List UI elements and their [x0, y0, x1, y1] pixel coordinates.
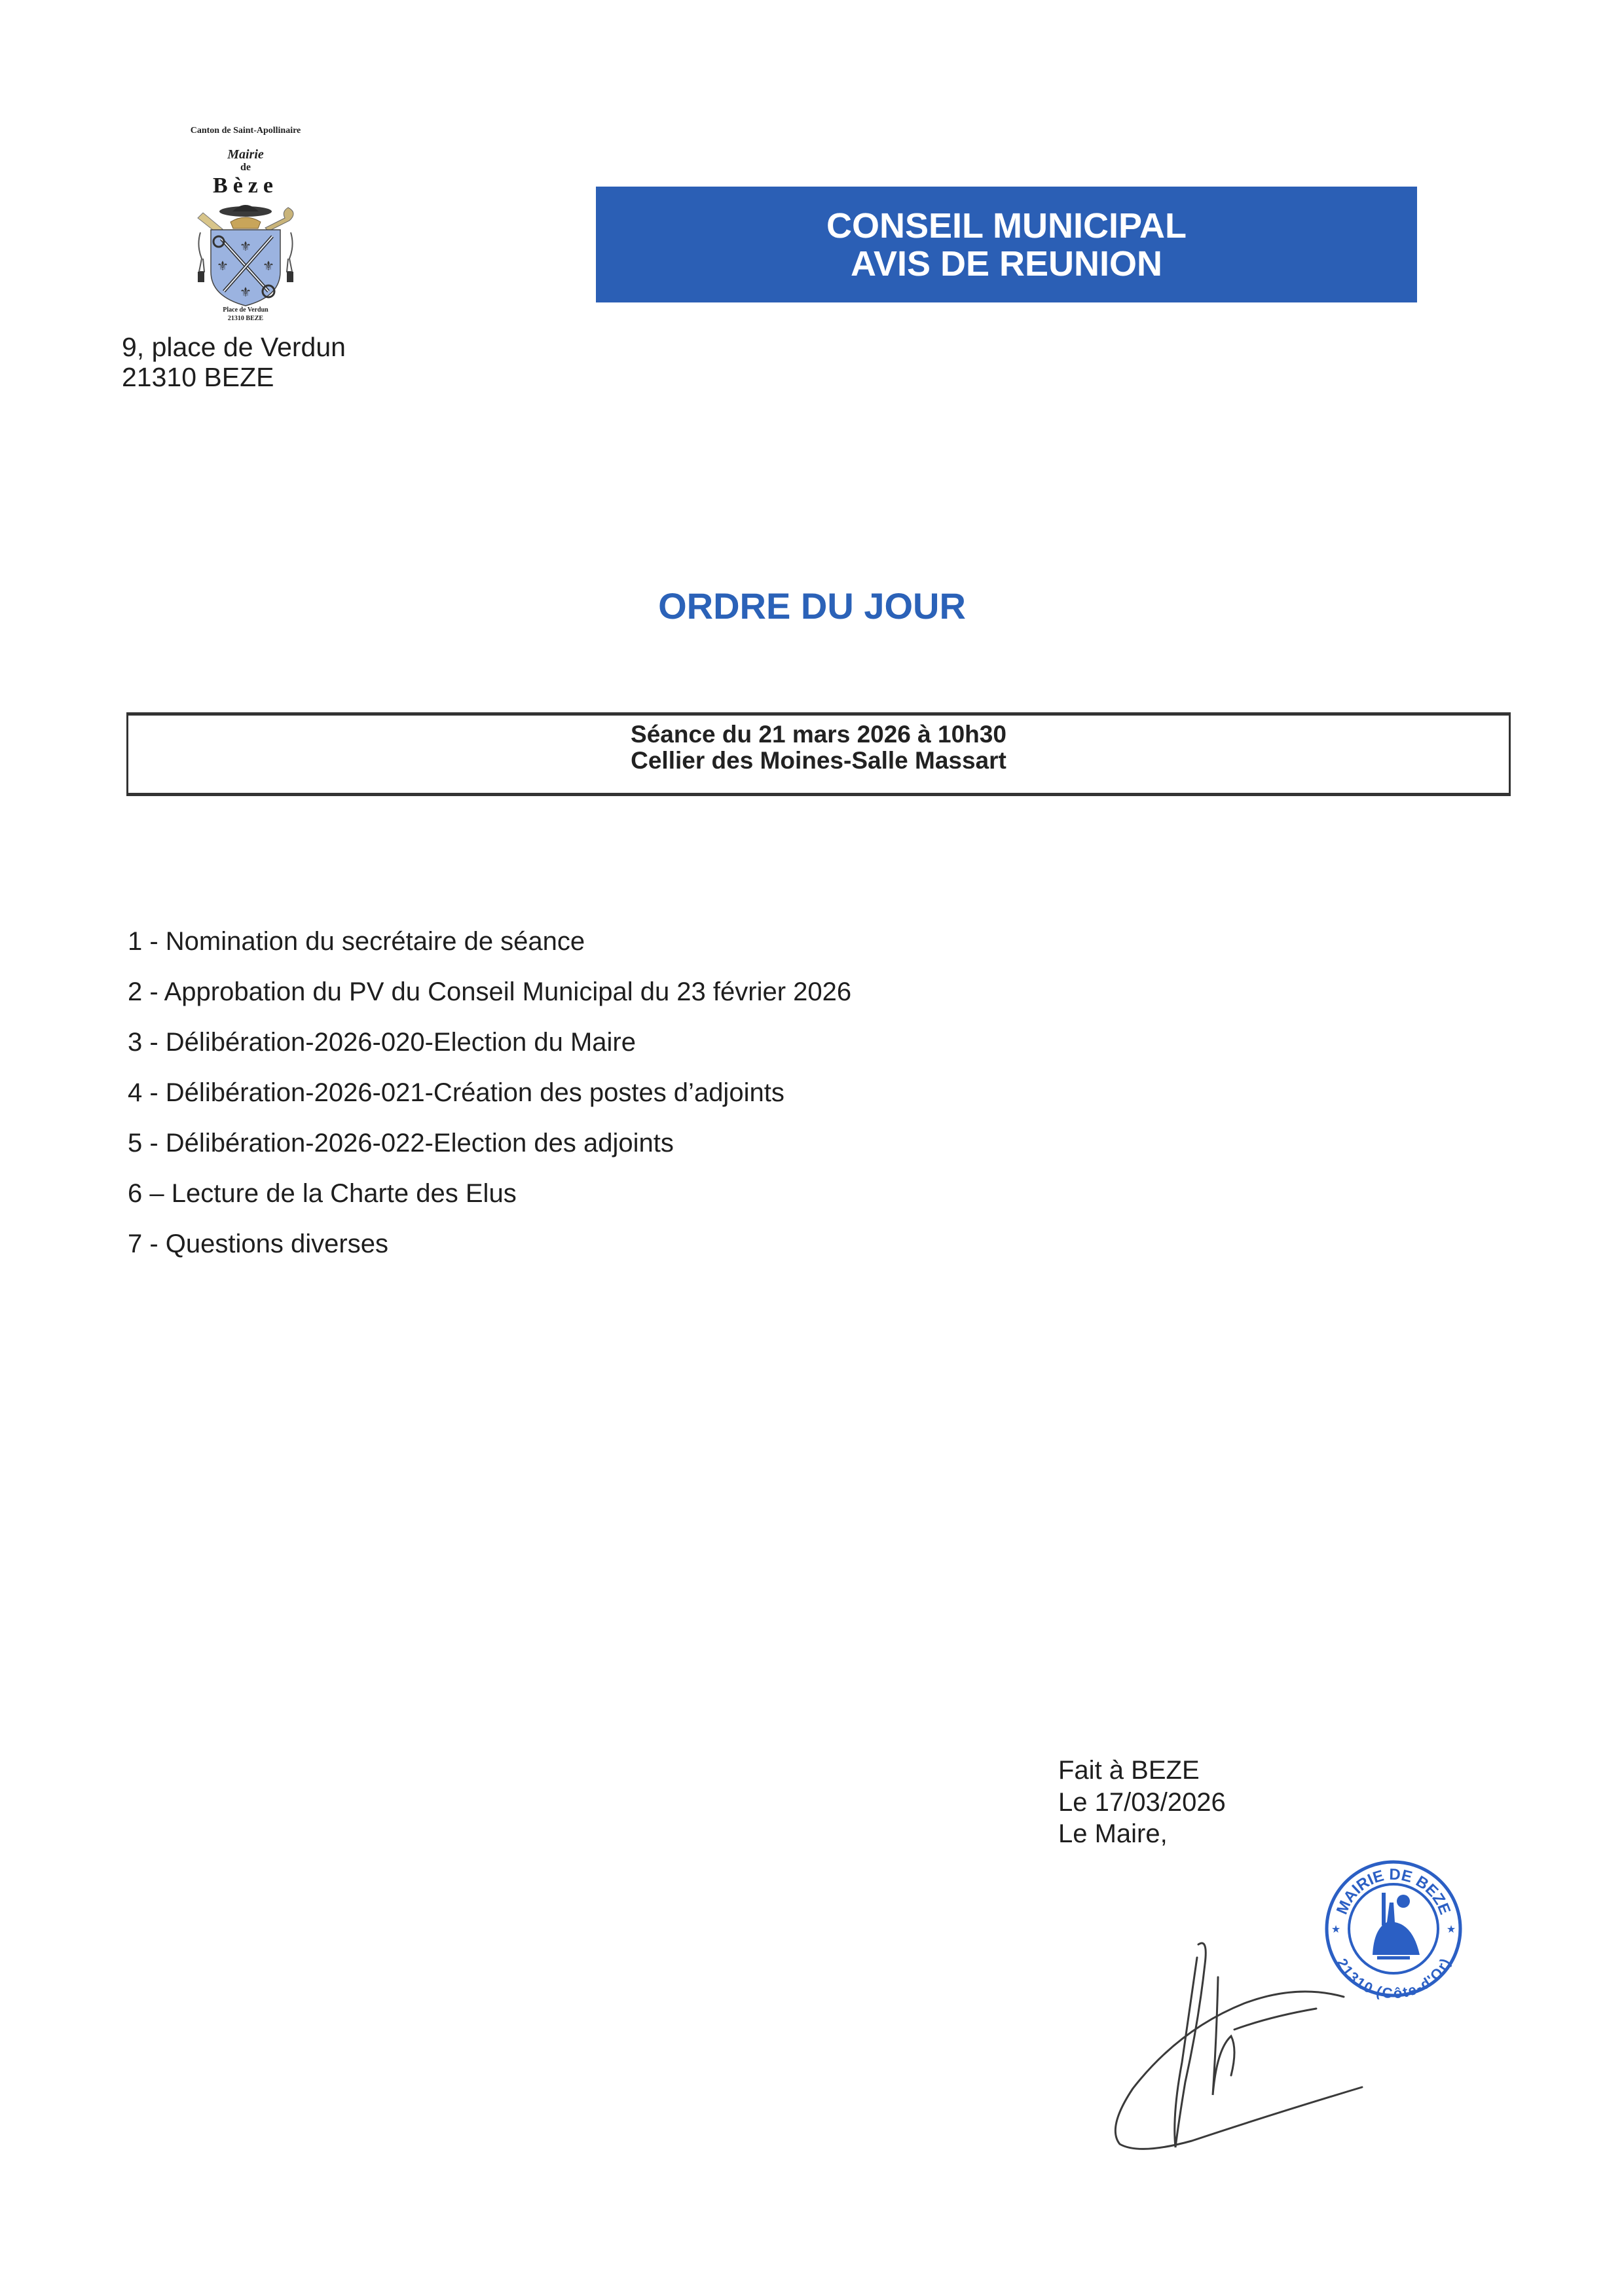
svg-text:⚜: ⚜ [263, 259, 274, 274]
canton-label: Canton de Saint-Apollinaire [151, 126, 341, 136]
agenda-item: 2 - Approbation du PV du Conseil Municip… [128, 967, 851, 1017]
notice-header-banner: CONSEIL MUNICIPAL AVIS DE REUNION [596, 187, 1417, 302]
session-info-box: Séance du 21 mars 2026 à 10h30 Cellier d… [126, 712, 1511, 796]
address-line-1: 9, place de Verdun [122, 332, 346, 362]
mairie-label: Mairie [151, 147, 341, 162]
letterhead-postal: 21310 BEZE [151, 315, 341, 322]
agenda-item: 7 - Questions diverses [128, 1219, 851, 1269]
agenda-list: 1 - Nomination du secrétaire de séance 2… [128, 917, 851, 1269]
agenda-item: 5 - Délibération-2026-022-Election des a… [128, 1118, 851, 1169]
mairie-address: 9, place de Verdun 21310 BEZE [122, 332, 346, 392]
signoff-signatory: Le Maire, [1058, 1818, 1226, 1850]
de-label: de [151, 162, 341, 173]
svg-text:21310 (Côte-d'Or): 21310 (Côte-d'Or) [1334, 1956, 1454, 2001]
official-stamp-icon: MAIRIE DE BEZE 21310 (Côte-d'Or) ★ ★ [1321, 1857, 1466, 2001]
letterhead-place: Place de Verdun [151, 306, 341, 314]
svg-text:★: ★ [1447, 1924, 1456, 1935]
agenda-item: 6 – Lecture de la Charte des Elus [128, 1169, 851, 1219]
session-date: Séance du 21 mars 2026 à 10h30 [128, 721, 1509, 748]
agenda-item: 1 - Nomination du secrétaire de séance [128, 917, 851, 967]
agenda-item: 4 - Délibération-2026-021-Création des p… [128, 1068, 851, 1118]
coat-of-arms-icon: ⚜ ⚜ ⚜ ⚜ [190, 200, 301, 308]
commune-label: Bèze [151, 173, 341, 198]
address-line-2: 21310 BEZE [122, 362, 346, 392]
header-title-line-1: CONSEIL MUNICIPAL [826, 207, 1187, 245]
svg-text:⚜: ⚜ [240, 285, 251, 300]
svg-text:★: ★ [1331, 1924, 1340, 1935]
signoff-date: Le 17/03/2026 [1058, 1787, 1226, 1819]
signoff-place: Fait à BEZE [1058, 1755, 1226, 1787]
agenda-heading: ORDRE DU JOUR [0, 585, 1624, 627]
agenda-item: 3 - Délibération-2026-020-Election du Ma… [128, 1017, 851, 1068]
header-title-line-2: AVIS DE REUNION [851, 245, 1162, 283]
svg-text:⚜: ⚜ [217, 259, 229, 274]
session-location: Cellier des Moines-Salle Massart [128, 747, 1509, 774]
svg-text:⚜: ⚜ [240, 240, 251, 254]
signoff-block: Fait à BEZE Le 17/03/2026 Le Maire, [1058, 1755, 1226, 1850]
letterhead-logo: Canton de Saint-Apollinaire Mairie de Bè… [151, 121, 341, 331]
stamp-bottom-text: 21310 (Côte-d'Or) [1334, 1956, 1454, 2001]
